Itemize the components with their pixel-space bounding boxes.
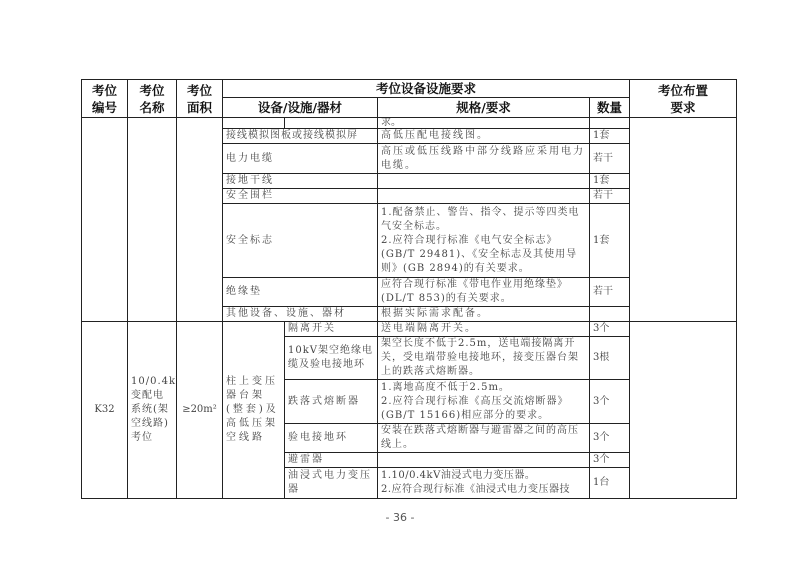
spec-cell [378,189,590,204]
code-cell [82,118,128,322]
qty-cell: 1套 [590,174,630,189]
header-layout: 考位布置要求 [630,80,737,118]
qty-cell [590,307,630,322]
spec-cell: 1.离地高度不低于2.5m。 2.应符合现行标准《高压交流熔断器》(GB/T 1… [378,380,590,424]
equipment-cell: 隔离开关 [285,322,378,337]
equipment-cell: 跌落式熔断器 [285,380,378,424]
header-qty: 数量 [590,98,630,118]
equipment-cell [223,118,285,129]
name-cell: 10/0.4kV变配电系统(架空线路)考位 [128,322,177,499]
spec-cell: 送电端隔离开关。 [378,322,590,337]
name-cell [128,118,177,322]
spec-cell: 架空长度不低于2.5m，送电端接隔离开关，受电端带验电接地环，接变压器台架上的跌… [378,337,590,380]
spec-line: 1.离地高度不低于2.5m。 [381,381,586,395]
equipment-cell: 安全标志 [223,204,378,278]
equipment-cell: 10kV架空绝缘电缆及验电接地环 [285,337,378,380]
spec-line: 1.10/0.4kV油浸式电力变压器。 [381,469,586,483]
qty-cell: 3个 [590,380,630,424]
equipment-sub-cell [285,118,378,129]
qty-cell: 1套 [590,204,630,278]
layout-cell [630,118,737,322]
header-equipment: 设备/设施/器材 [223,98,378,118]
spec-cell: 1.配备禁止、警告、指令、提示等四类电气安全标志。 2.应符合现行标准《电气安全… [378,204,590,278]
layout-cell [630,322,737,499]
spec-cell: 根据实际需求配备。 [378,307,590,322]
spec-cell: 安装在跌落式熔断器与避雷器之间的高压线上。 [378,424,590,453]
qty-cell: 3个 [590,453,630,468]
code-cell: K32 [82,322,128,499]
qty-cell: 3个 [590,322,630,337]
qty-cell: 若干 [590,144,630,174]
header-spec: 规格/要求 [378,98,590,118]
area-cell [177,118,223,322]
qty-cell [590,118,630,129]
spec-cell: 1.10/0.4kV油浸式电力变压器。 2.应符合现行标准《油浸式电力变压器技 [378,468,590,499]
requirements-table: 考位编号 考位名称 考位面积 考位设备设施要求 考位布置要求 设备/设施/器材 … [81,79,737,499]
equipment-cell: 电力电缆 [223,144,378,174]
equipment-cell: 验电接地环 [285,424,378,453]
equipment-cell: 绝缘垫 [223,278,378,307]
qty-cell: 3根 [590,337,630,380]
table-row: 求。 [82,118,737,129]
equipment-cell: 其他设备、设施、器材 [223,307,378,322]
spec-line: 2.应符合现行标准《电气安全标志》(GB/T 29481)、《安全标志及其使用导… [381,234,586,276]
document-page: 考位编号 考位名称 考位面积 考位设备设施要求 考位布置要求 设备/设施/器材 … [0,0,800,566]
spec-line: 1.配备禁止、警告、指令、提示等四类电气安全标志。 [381,206,586,234]
spec-cell: 应符合现行标准《带电作业用绝缘垫》(DL/T 853)的有关要求。 [378,278,590,307]
header-area: 考位面积 [177,80,223,118]
equipment-cell: 安全围栏 [223,189,378,204]
spec-line: 2.应符合现行标准《油浸式电力变压器技 [381,483,586,497]
spec-cell [378,453,590,468]
spec-line: 2.应符合现行标准《高压交流熔断器》(GB/T 15166)相应部分的要求。 [381,395,586,423]
equipment-cell: 油浸式电力变压器 [285,468,378,499]
equipment-cell: 接地干线 [223,174,378,189]
header-name: 考位名称 [128,80,177,118]
spec-cell: 高压或低压线路中部分线路应采用电力电缆。 [378,144,590,174]
page-number: - 36 - [0,511,800,524]
equipment-cell: 接线模拟图板或接线模拟屏 [223,129,378,144]
qty-cell: 1台 [590,468,630,499]
spec-cell: 求。 [378,118,590,129]
qty-cell: 若干 [590,278,630,307]
spec-cell [378,174,590,189]
spec-cell: 高低压配电接线图。 [378,129,590,144]
qty-cell: 若干 [590,189,630,204]
equipment-group-cell: 柱上变压器台架(整套)及高低压架空线路 [223,322,285,499]
equipment-cell: 避雷器 [285,453,378,468]
area-cell: ≥20m² [177,322,223,499]
header-group-title: 考位设备设施要求 [223,80,630,98]
header-code: 考位编号 [82,80,128,118]
qty-cell: 1套 [590,129,630,144]
qty-cell: 3个 [590,424,630,453]
table-row: K32 10/0.4kV变配电系统(架空线路)考位 ≥20m² 柱上变压器台架(… [82,322,737,337]
